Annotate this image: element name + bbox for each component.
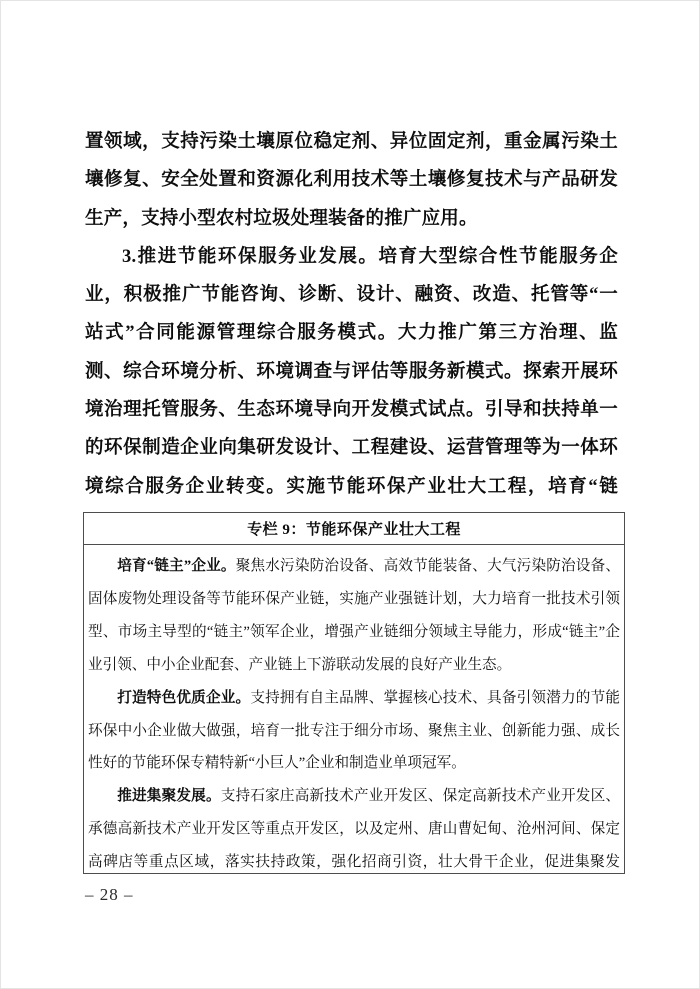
main-text-block: 置领域，支持污染土壤原位稳定剂、异位固定剂，重金属污染土壤修复、安全处置和资源化… xyxy=(85,123,618,544)
feature-box-paragraph-lead: 培育“链主”企业。 xyxy=(117,558,236,574)
paragraph-text: 置领域，支持污染土壤原位稳定剂、异位固定剂，重金属污染土壤修复、安全处置和资源化… xyxy=(85,132,618,229)
page-number: – 28 – xyxy=(85,885,134,905)
paragraph: 3.推进节能环保服务业发展。培育大型综合性节能服务企业，积极推广节能咨询、诊断、… xyxy=(85,238,618,544)
feature-box-paragraph: 推进集聚发展。支持石家庄高新技术产业开发区、保定高新技术产业开发区、承德高新技术… xyxy=(88,780,620,873)
feature-box: 专栏 9：节能环保产业壮大工程 培育“链主”企业。聚焦水污染防治设备、高效节能装… xyxy=(83,512,625,874)
feature-box-paragraph-lead: 打造特色优质企业。 xyxy=(117,690,250,706)
feature-box-body: 培育“链主”企业。聚焦水污染防治设备、高效节能装备、大气污染防治设备、固体废物处… xyxy=(84,545,624,873)
feature-box-paragraph: 培育“链主”企业。聚焦水污染防治设备、高效节能装备、大气污染防治设备、固体废物处… xyxy=(88,550,620,682)
feature-box-paragraph: 打造特色优质企业。支持拥有自主品牌、掌握核心技术、具备引领潜力的节能环保中小企业… xyxy=(88,682,620,781)
feature-box-title: 专栏 9：节能环保产业壮大工程 xyxy=(84,513,624,545)
feature-box-paragraph-text: 聚焦水污染防治设备、高效节能装备、大气污染防治设备、固体废物处理设备等节能环保产… xyxy=(88,558,620,673)
feature-box-paragraph-lead: 推进集聚发展。 xyxy=(117,788,221,804)
paragraph-lead: 3.推进节能环保服务业发展。 xyxy=(122,247,379,267)
paragraph-continuation: 置领域，支持污染土壤原位稳定剂、异位固定剂，重金属污染土壤修复、安全处置和资源化… xyxy=(85,123,618,238)
document-page: 置领域，支持污染土壤原位稳定剂、异位固定剂，重金属污染土壤修复、安全处置和资源化… xyxy=(0,0,700,989)
paragraph-text: 培育大型综合性节能服务企业，积极推广节能咨询、诊断、设计、融资、改造、托管等“一… xyxy=(85,247,618,535)
